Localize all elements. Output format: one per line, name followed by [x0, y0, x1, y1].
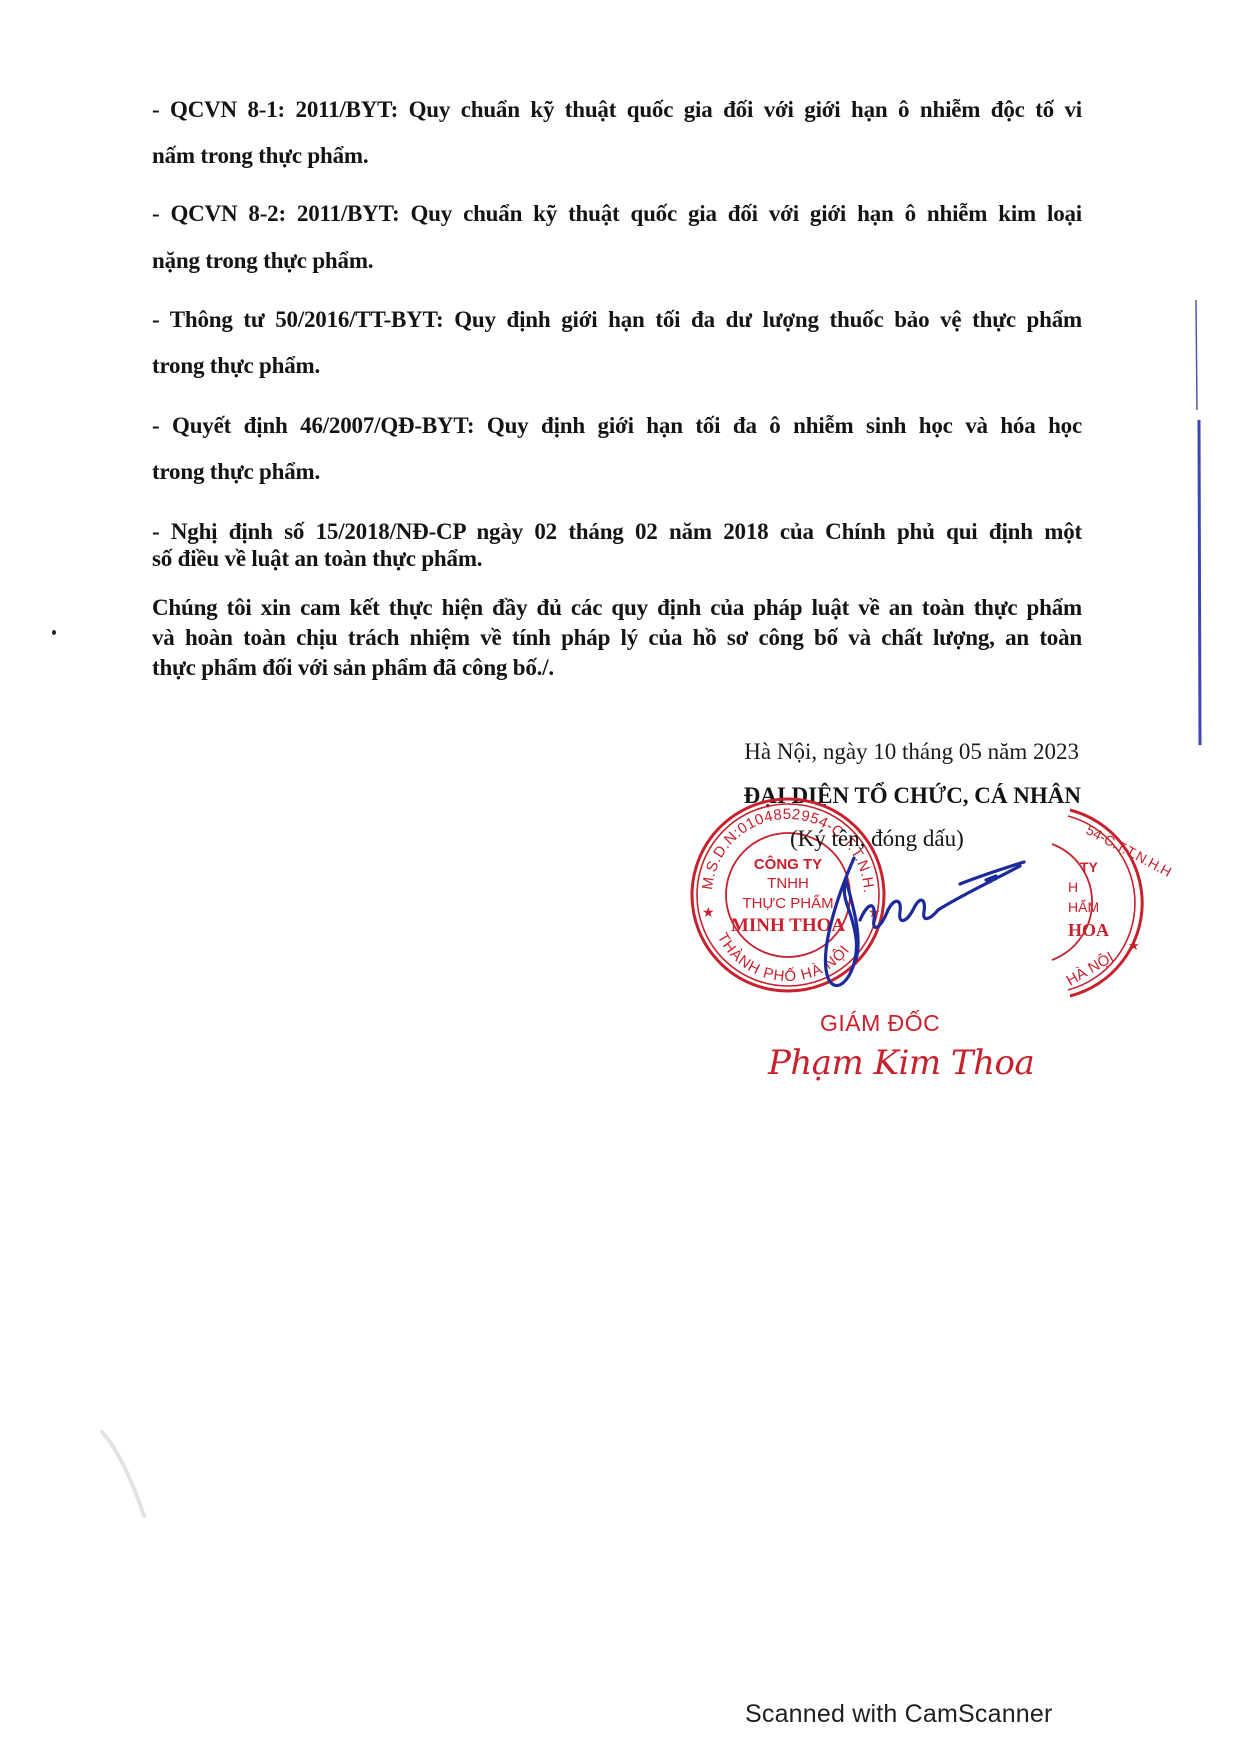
document-page: - QCVN 8-1: 2011/BYT: Quy chuẩn kỹ thuật…	[0, 0, 1239, 1754]
scan-speck	[52, 630, 56, 635]
camscanner-watermark: Scanned with CamScanner	[745, 1700, 1053, 1729]
scan-shadow-curve	[100, 1430, 160, 1525]
